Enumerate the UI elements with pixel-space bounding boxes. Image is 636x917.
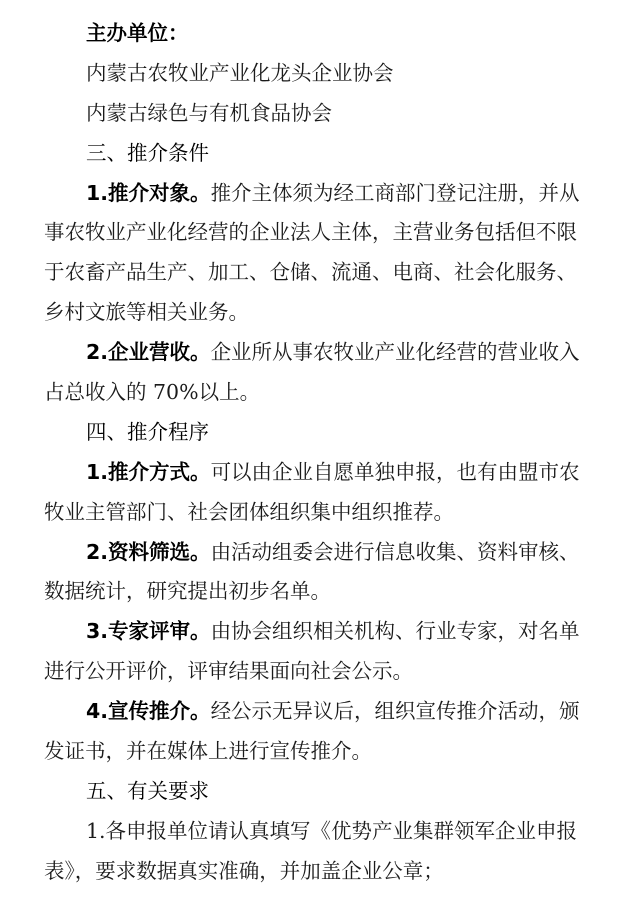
paragraph-line: 乡村文旅等相关业务。	[44, 293, 576, 333]
paragraph-line: 3.专家评审。由协会组织相关机构、行业专家，对名单	[44, 612, 576, 652]
organizer-org-2: 内蒙古绿色与有机食品协会	[44, 94, 576, 134]
item-title: 2.资料筛选。	[86, 540, 211, 564]
organizer-label: 主办单位：	[44, 14, 576, 54]
item-title: 3.专家评审。	[86, 619, 211, 643]
paragraph-line: 4.宣传推介。经公示无异议后，组织宣传推介活动，颁	[44, 692, 576, 732]
paragraph-line: 数据统计，研究提出初步名单。	[44, 572, 576, 612]
document-page: 主办单位： 内蒙古农牧业产业化龙头企业协会 内蒙古绿色与有机食品协会 三、推介条…	[44, 14, 576, 892]
paragraph-line: 于农畜产品生产、加工、仓储、流通、电商、社会化服务、	[44, 253, 576, 293]
paragraph-line: 1.推介对象。推介主体须为经工商部门登记注册，并从	[44, 174, 576, 214]
paragraph-line: 表》，要求数据真实准确，并加盖企业公章；	[44, 852, 576, 892]
section-heading-requirements: 五、有关要求	[44, 772, 576, 812]
item-title: 4.宣传推介。	[86, 699, 211, 723]
paragraph-line: 1.各申报单位请认真填写《优势产业集群领军企业申报	[44, 812, 576, 852]
organizer-org-1: 内蒙古农牧业产业化龙头企业协会	[44, 54, 576, 94]
paragraph-line: 2.资料筛选。由活动组委会进行信息收集、资料审核、	[44, 533, 576, 573]
paragraph-line: 事农牧业产业化经营的企业法人主体，主营业务包括但不限	[44, 213, 576, 253]
paragraph-line: 2.企业营收。企业所从事农牧业产业化经营的营业收入	[44, 333, 576, 373]
item-title: 1.推介方式。	[86, 460, 211, 484]
paragraph-line: 1.推介方式。可以由企业自愿单独申报，也有由盟市农	[44, 453, 576, 493]
paragraph-line: 牧业主管部门、社会团体组织集中组织推荐。	[44, 493, 576, 533]
paragraph-line: 占总收入的 70%以上。	[44, 373, 576, 413]
section-heading-conditions: 三、推介条件	[44, 134, 576, 174]
item-title: 1.推介对象。	[86, 181, 211, 205]
paragraph-line: 进行公开评价，评审结果面向社会公示。	[44, 652, 576, 692]
paragraph-line: 发证书，并在媒体上进行宣传推介。	[44, 732, 576, 772]
item-title: 2.企业营收。	[86, 340, 211, 364]
section-heading-procedure: 四、推介程序	[44, 413, 576, 453]
